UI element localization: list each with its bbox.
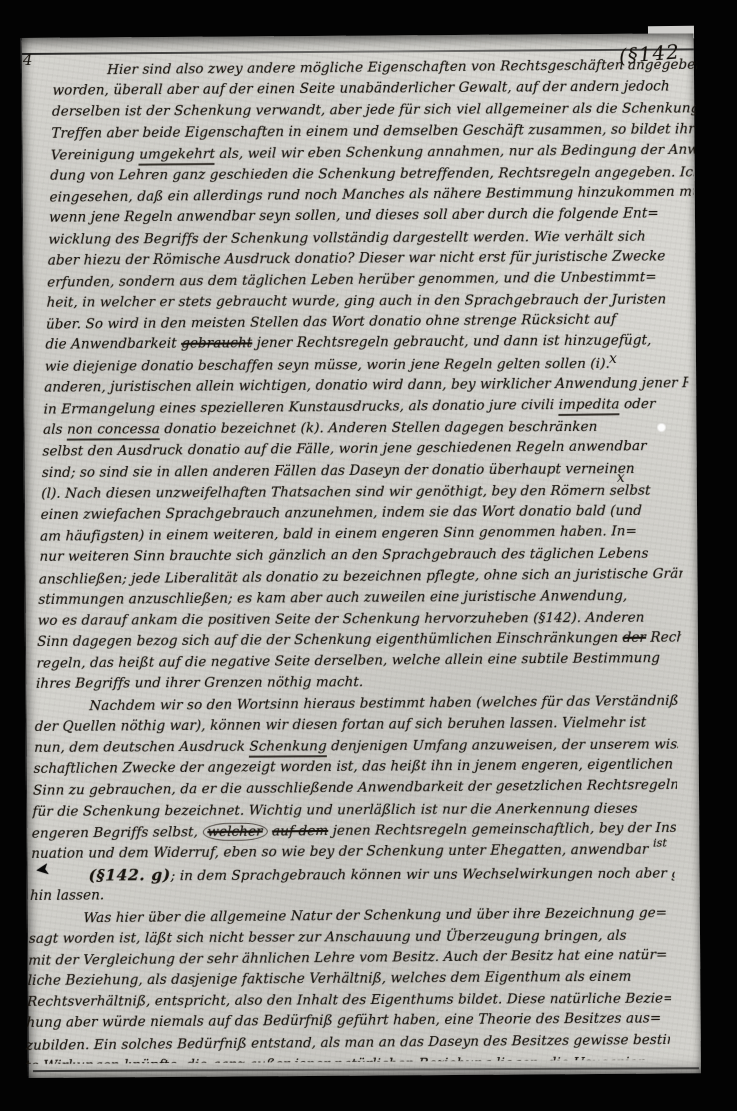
handwriting-segment: Rechts= (646, 629, 698, 645)
handwriting-segment: schaftlichen Zwecke der angezeigt worden… (33, 757, 673, 777)
handwriting-segment: heit, in welcher er stets gebraucht wurd… (46, 292, 666, 311)
handwriting-segment: über. So wird in den meisten Stellen das… (46, 312, 616, 333)
handwriting-segment: dung von Lehren ganz geschieden die Sche… (50, 164, 697, 184)
handwriting-segment: Nachdem wir so den Wortsinn hieraus best… (89, 692, 679, 713)
handwriting-segment: aber hiezu der Römische Ausdruck donatio… (48, 248, 666, 268)
handwriting-segment: Sinn zu gebrauchen, da er die ausschließ… (33, 777, 679, 799)
handwriting-segment: jenen Rechtsregeln gemeinschaftlich, bey… (328, 819, 693, 838)
handwritten-line: (§142. g); in dem Sprachgebrauch können … (30, 862, 675, 887)
handwriting-segment: einen zwiefachen Sprachgebrauch anzunehm… (40, 503, 642, 523)
handwriting-segment: denjenigen Umfang anzuweisen, der unsere… (327, 736, 698, 754)
handwriting-segment: Was hier über die allgemeine Natur der S… (83, 904, 667, 925)
handwriting-segment: hung aber würde niemals auf das Bedürfni… (26, 1011, 661, 1031)
page-number: 4 (23, 51, 33, 69)
handwritten-line: Rechtsverhältniß, entspricht, also den I… (27, 989, 672, 1014)
handwriting-segment: ist (653, 836, 667, 849)
handwriting-segment: Hier sind also zwey andere mögliche Eige… (107, 57, 697, 78)
handwriting-segment: oder (619, 396, 655, 412)
handwriting-segment: jener Rechtsregeln gebraucht, und dann i… (252, 333, 652, 352)
handwriting-segment: Sinn dagegen bezog sich auf die der Sche… (37, 630, 623, 650)
handwriting-segment: wie diejenige donatio beschaffen seyn mü… (45, 355, 611, 374)
handwriting-segment: nur weiteren Sinn brauchte sich gänzlich… (39, 546, 648, 565)
handwriting-segment: ihres Begriffs und ihrer Grenzen nöthig … (36, 674, 364, 692)
handwriting-segment: regeln, das heißt auf die negative Seite… (36, 650, 660, 672)
handwriting-segment: gebraucht (181, 336, 253, 352)
handwriting-segment: nuation und dem Widerruf, eben so wie be… (31, 842, 653, 862)
handwriting-segment: worden, überall aber auf der einen Seite… (52, 79, 670, 99)
handwriting-segment: wicklung des Begriffs der Schenkung voll… (48, 228, 646, 247)
handwriting-segment: Schenkung (249, 738, 327, 757)
handwritten-line: wicklung des Begriffs der Schenkung voll… (48, 226, 693, 251)
handwriting-segment: erfunden, sondern aus dem täglichen Lebe… (47, 269, 657, 291)
handwriting-segment: als, weil wir eben Schenkung annahmen, n… (215, 141, 698, 162)
handwriting-segment: nun, dem deutschen Ausdruck (34, 739, 250, 756)
handwriting-segment: te Wirkungen knüpfte, die ganz außer jen… (25, 1054, 646, 1064)
handwriting-segment: selbst den Ausdruck donatio auf die Fäll… (42, 438, 647, 459)
handwriting-segment: hin lassen. (30, 888, 105, 905)
handwriting-segment: (l). Nach diesen unzweifelhaften Thatsac… (41, 482, 651, 501)
handwriting-segment: (§142. g) (88, 865, 171, 884)
handwriting-segment: Treffen aber beide Eigenschaften in eine… (51, 121, 697, 142)
handwriting-segment: der (622, 630, 646, 646)
handwriting-segment: sind; so sind sie in allen anderen Fälle… (42, 460, 635, 480)
handwriting-segment: der Quellen nöthig war), können wir dies… (35, 714, 647, 734)
handwriting-segment: donatio bezeichnet (k). Anderen Stellen … (160, 419, 598, 437)
handwriting-segment: zubilden. Ein solches Bedürfniß entstand… (26, 1031, 698, 1053)
handwriting-segment: impedita (558, 396, 619, 416)
handwriting-segment: stimmungen anzuschließen; es kam aber au… (38, 587, 627, 607)
top-edge-rule (22, 48, 694, 55)
handwriting-segment: derselben ist der Schenkung verwandt, ab… (52, 101, 698, 120)
handwriting-segment: die Anwendbarkeit (45, 336, 181, 353)
handwriting-segment: welcher (202, 822, 268, 841)
manuscript-text: Hier sind also zwey andere mögliche Eige… (25, 55, 697, 1064)
handwriting-segment: auf dem (272, 823, 329, 840)
bottom-edge-rule (33, 1067, 699, 1072)
handwriting-segment: Vereinigung (51, 146, 140, 163)
handwritten-line: wo es darauf ankam die positiven Seite d… (37, 607, 682, 632)
handwritten-line: wie diejenige donatio beschaffen seyn mü… (45, 353, 690, 378)
handwriting-segment: umgekehrt (139, 146, 215, 166)
handwriting-segment: anderen, juristischen allein wichtigen, … (44, 375, 697, 396)
handwritten-line: derselben ist der Schenkung verwandt, ab… (52, 99, 697, 124)
handwriting-segment: anschließen; jede Liberalität als donati… (39, 565, 698, 587)
handwriting-segment: als (43, 422, 67, 438)
handwriting-segment: für die Schenkung bezeichnet. Wichtig un… (32, 800, 638, 819)
scan-background: { "document": { "page_number": "4", "sec… (0, 0, 737, 1111)
manuscript-page: 4 (§142 x x ➤ Hier sind also zwey andere… (21, 33, 701, 1078)
handwritten-line: nun, dem deutschen Ausdruck Schenkung de… (34, 734, 679, 759)
handwriting-segment: ; in dem Sprachgebrauch können wir uns W… (171, 865, 698, 884)
handwriting-segment: wenn jene Regeln anwendbar seyn sollen, … (49, 206, 659, 226)
handwriting-segment: liche Beziehung, als dasjenige faktische… (27, 969, 631, 989)
handwriting-segment: Rechtsverhältniß, entspricht, also den I… (27, 991, 675, 1010)
handwriting-segment: non concessa (67, 421, 160, 440)
handwriting-segment: wo es darauf ankam die positiven Seite d… (38, 609, 645, 628)
handwriting-segment: am häufigsten) in einem weiteren, bald i… (40, 523, 637, 544)
handwritten-line: (l). Nach diesen unzweifelhaften Thatsac… (41, 480, 686, 505)
handwriting-segment: in Ermangelung eines spezielleren Kunsta… (43, 397, 558, 418)
handwriting-segment: eingesehen, daß ein allerdings rund noch… (49, 184, 697, 206)
handwriting-segment: engeren Begriffs selbst, (32, 824, 203, 842)
handwriting-segment: mit der Vergleichung der sehr ähnlichen … (28, 947, 668, 969)
handwriting-segment: sagt worden ist, läßt sich nicht besser … (29, 927, 627, 946)
